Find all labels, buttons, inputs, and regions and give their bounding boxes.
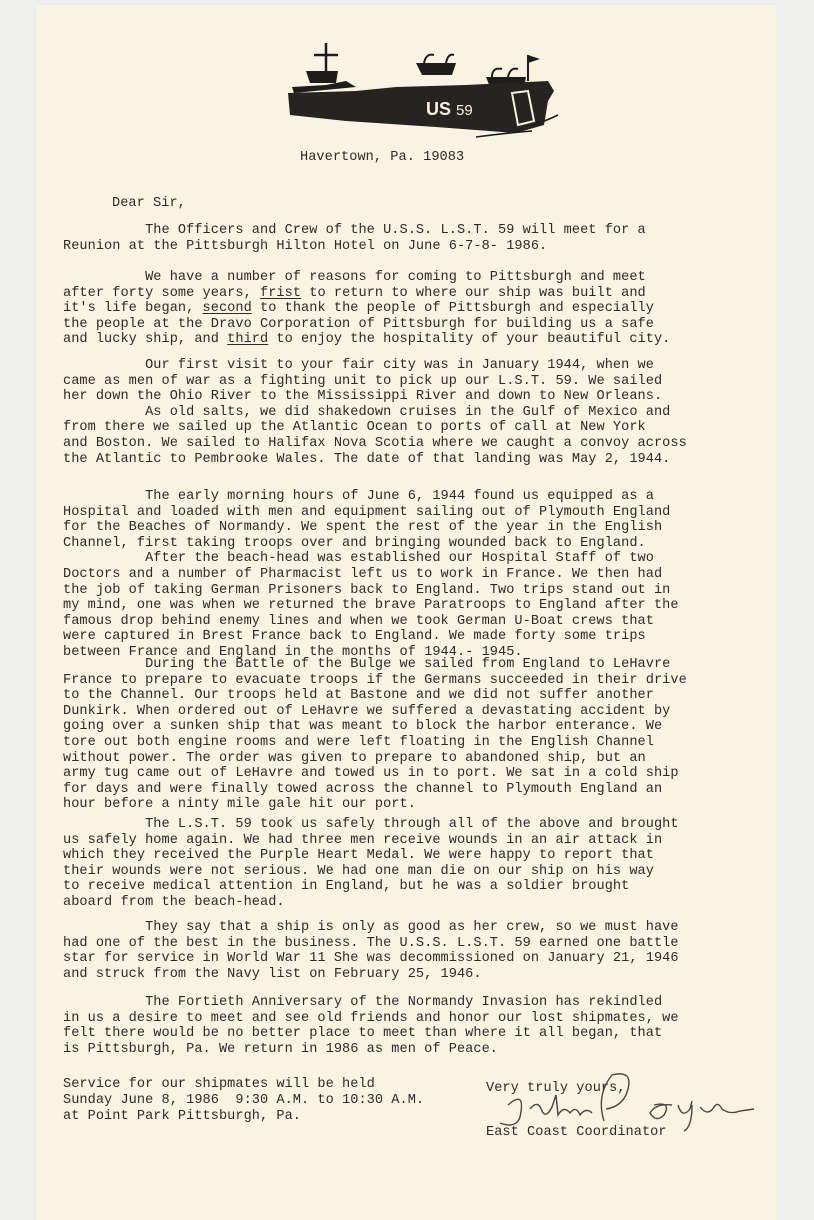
underlined-word: frist: [260, 286, 301, 301]
underlined-word: third: [227, 332, 268, 347]
text-line: hour before a ninty mile gale hit our po…: [63, 797, 416, 813]
text-line: us safely home again. We had three men r…: [63, 833, 662, 849]
text-line: aboard from the beach-head.: [63, 895, 285, 911]
text-line: Reunion at the Pittsburgh Hilton Hotel o…: [63, 239, 547, 255]
service-line: Sunday June 8, 1986 9:30 A.M. to 10:30 A…: [63, 1093, 424, 1109]
text-line: Channel, first taking troops over and br…: [63, 536, 646, 552]
text-line: and Boston. We sailed to Halifax Nova Sc…: [63, 436, 687, 452]
text-line: The Fortieth Anniversary of the Normandy…: [63, 995, 662, 1011]
text-line: They say that a ship is only as good as …: [63, 920, 679, 936]
text-line: felt there would be no better place to m…: [63, 1026, 662, 1042]
text-line: came as men of war as a fighting unit to…: [63, 374, 662, 390]
salutation: Dear Sir,: [112, 196, 186, 212]
text-line: my mind, one was when we returned the br…: [63, 598, 679, 614]
text-line: her down the Ohio River to the Mississip…: [63, 389, 662, 405]
text-line: During the Battle of the Bulge we sailed…: [63, 657, 670, 673]
text-line: it's life began, second to thank the peo…: [63, 301, 654, 317]
text-line: to the Channel. Our troops held at Basto…: [63, 688, 654, 704]
text-line: tore out both engine rooms and were left…: [63, 735, 654, 751]
text-line: to receive medical attention in England,…: [63, 879, 629, 895]
text-line: which they received the Purple Heart Med…: [63, 848, 654, 864]
text-line: Dunkirk. When ordered out of LeHavre we …: [63, 704, 670, 720]
text-line: Doctors and a number of Pharmacist left …: [63, 567, 662, 583]
text-line: The early morning hours of June 6, 1944 …: [63, 489, 654, 505]
text-line: had one of the best in the business. The…: [63, 936, 679, 952]
text-line: The L.S.T. 59 took us safely through all…: [63, 817, 679, 833]
text-line: As old salts, we did shakedown cruises i…: [63, 405, 670, 421]
text-line: Our first visit to your fair city was in…: [63, 358, 654, 374]
text-line: after forty some years, frist to return …: [63, 286, 646, 302]
text-line: famous drop behind enemy lines and when …: [63, 614, 654, 630]
text-line: their wounds were not serious. We had on…: [63, 864, 654, 880]
text-line: Hospital and loaded with men and equipme…: [63, 505, 670, 521]
text-line: The Officers and Crew of the U.S.S. L.S.…: [63, 223, 646, 239]
text-line: for the Beaches of Normandy. We spent th…: [63, 520, 662, 536]
text-line: going over a sunken ship that was meant …: [63, 719, 662, 735]
underlined-word: second: [203, 301, 252, 316]
text-line: from there we sailed up the Atlantic Oce…: [63, 420, 646, 436]
text-line: and struck from the Navy list on Februar…: [63, 967, 482, 983]
address-line: Havertown, Pa. 19083: [300, 150, 464, 166]
text-line: the job of taking German Prisoners back …: [63, 583, 670, 599]
svg-text:59: 59: [456, 102, 473, 119]
svg-text:US: US: [426, 99, 451, 119]
text-line: the people at the Dravo Corporation of P…: [63, 317, 654, 333]
text-line: We have a number of reasons for coming t…: [63, 270, 646, 286]
text-line: were captured in Brest France back to En…: [63, 629, 646, 645]
text-line: and lucky ship, and third to enjoy the h…: [63, 332, 670, 348]
service-line: at Point Park Pittsburgh, Pa.: [63, 1109, 301, 1125]
text-line: is Pittsburgh, Pa. We return in 1986 as …: [63, 1042, 498, 1058]
text-line: the Atlantic to Pembrooke Wales. The dat…: [63, 452, 670, 468]
text-line: in us a desire to meet and see old frien…: [63, 1011, 679, 1027]
service-line: Service for our shipmates will be held: [63, 1077, 375, 1093]
text-line: for days and were finally towed across t…: [63, 782, 662, 798]
text-line: After the beach-head was established our…: [63, 551, 654, 567]
signer-title: East Coast Coordinator: [486, 1125, 667, 1141]
letter-page: US 59 Havertown, Pa. 19083 Dear Sir, The…: [36, 5, 777, 1220]
text-line: star for service in World War 11 She was…: [63, 951, 679, 967]
text-line: without power. The order was given to pr…: [63, 751, 646, 767]
ship-emblem-icon: US 59: [286, 41, 562, 141]
text-line: army tug came out of LeHavre and towed u…: [63, 766, 679, 782]
text-line: France to prepare to evacuate troops if …: [63, 673, 687, 689]
